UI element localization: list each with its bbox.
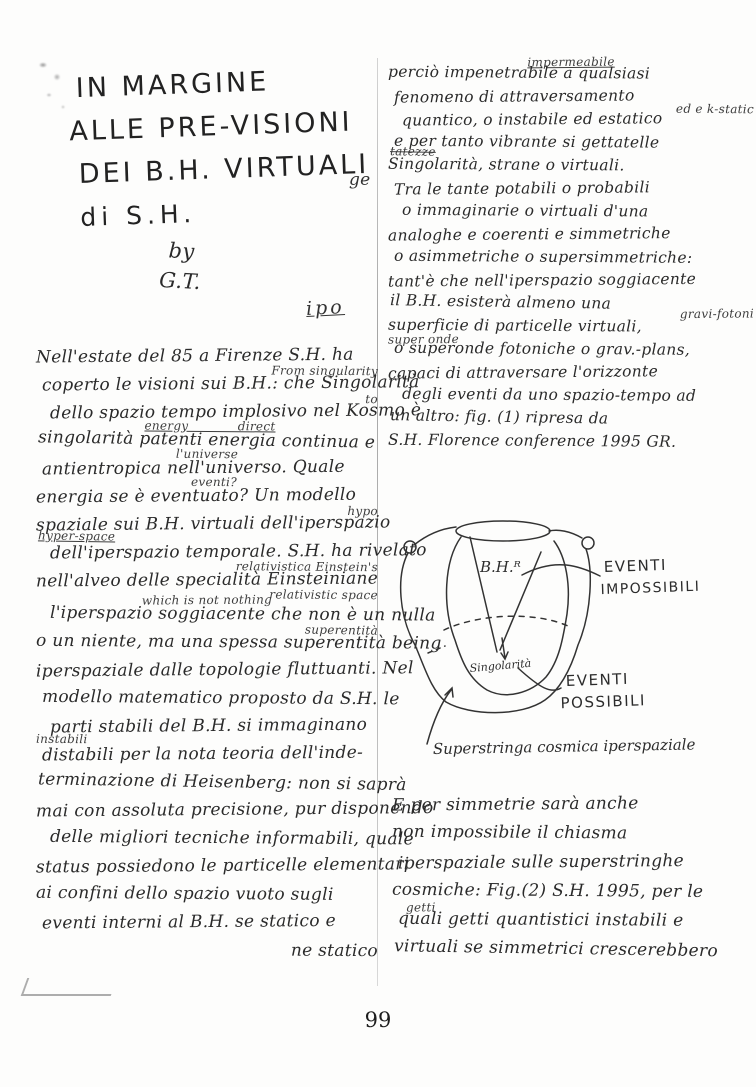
cone-left-edge bbox=[470, 537, 497, 652]
manuscript-line: delle migliori tecniche informabili, qua… bbox=[50, 823, 378, 853]
manuscript-line: terminazione di Heisenberg: non si saprà bbox=[38, 765, 378, 798]
margin-note-ge: ge bbox=[349, 170, 371, 190]
impossible-events-label: EVENTI IMPOSSIBILI bbox=[600, 555, 701, 598]
manuscript-line: o un niente, ma una spessa superentità b… bbox=[36, 627, 378, 657]
byline-line: by bbox=[160, 235, 203, 267]
manuscript-page-scan: IN MARGINEALLE PRE-VISIONIDEI B.H. VIRTU… bbox=[0, 0, 756, 1087]
margin-note-ipo: ipo bbox=[305, 296, 345, 320]
manuscript-line: modello matematico proposto da S.H. le bbox=[42, 683, 378, 713]
manuscript-line: capaci di attraversare l'orizzonte bbox=[388, 359, 754, 385]
manuscript-line: Singolarità, strane o virtuali. bbox=[388, 153, 754, 179]
page-number: 99 bbox=[0, 1008, 756, 1032]
right-column-bottom-text: E per simmetrie sarà anchenon impossibil… bbox=[392, 790, 752, 964]
scan-corner-artifact bbox=[21, 978, 118, 996]
manuscript-line: o superonde fotoniche o grav.-plans, bbox=[394, 337, 754, 363]
manuscript-line: ne statico bbox=[36, 935, 378, 965]
manuscript-line: status possiedono le particelle elementa… bbox=[36, 851, 378, 882]
scan-smudge bbox=[33, 55, 73, 115]
leader-possible-events bbox=[518, 668, 561, 690]
manuscript-line: quantico, o instabile ed estatico bbox=[402, 106, 754, 132]
byline: byG.T. bbox=[158, 235, 203, 297]
manuscript-title: IN MARGINEALLE PRE-VISIONIDEI B.H. VIRTU… bbox=[75, 57, 371, 239]
manuscript-line: distabili per la nota teoria dell'inde- bbox=[42, 739, 378, 770]
manuscript-line: analoghe e coerenti e simmetriche bbox=[388, 221, 754, 247]
svg-text:EVENTI: EVENTI bbox=[604, 556, 668, 576]
manuscript-line: o asimmetriche o supersimmetriche: bbox=[394, 245, 754, 271]
svg-text:EVENTI: EVENTI bbox=[566, 670, 630, 690]
manuscript-line: iperspaziale sulle superstringhe bbox=[398, 846, 752, 878]
manuscript-line: iperspaziale dalle topologie fluttuanti.… bbox=[36, 655, 378, 686]
possible-events-label: EVENTI POSSIBILI bbox=[560, 669, 647, 712]
diagram-caption: Superstringa cosmica iperspaziale bbox=[433, 735, 696, 758]
black-hole-diagram: B.H.ᴿ Singolarità EVENTI IMPOSSIBILI EVE… bbox=[390, 505, 756, 775]
manuscript-line: S.H. Florence conference 1995 GR. bbox=[388, 429, 754, 455]
title-line: di S.H. bbox=[80, 186, 372, 239]
manuscript-line: virtuali se simmetrici crescerebbero bbox=[394, 932, 752, 967]
manuscript-line: eventi interni al B.H. se statico e bbox=[42, 907, 378, 938]
right-column-top-text: impermeabileperciò impenetrabile a quals… bbox=[388, 62, 754, 453]
manuscript-line: non impossibile il chiasma bbox=[392, 818, 752, 850]
manuscript-line: ai confini dello spazio vuoto sugli bbox=[36, 879, 378, 909]
bh-label: B.H.ᴿ bbox=[479, 558, 521, 576]
svg-text:POSSIBILI: POSSIBILI bbox=[560, 691, 646, 712]
manuscript-line: o immaginarie o virtuali d'una bbox=[402, 199, 754, 224]
left-column-text: Nell'estate del 85 a Firenze S.H. haFrom… bbox=[36, 342, 378, 964]
manuscript-line: Tra le tante potabili o probabili bbox=[394, 175, 754, 201]
leader-impossible-events bbox=[522, 565, 600, 576]
manuscript-line: perciò impenetrabile a qualsiasi bbox=[388, 61, 754, 87]
manuscript-line: quali getti quantistici instabili e bbox=[398, 905, 752, 936]
manuscript-line: mai con assoluta precisione, pur dispone… bbox=[36, 795, 378, 826]
svg-text:IMPOSSIBILI: IMPOSSIBILI bbox=[600, 579, 700, 598]
byline-line: G.T. bbox=[158, 265, 201, 297]
manuscript-line: E per simmetrie sarà anche bbox=[392, 788, 752, 820]
